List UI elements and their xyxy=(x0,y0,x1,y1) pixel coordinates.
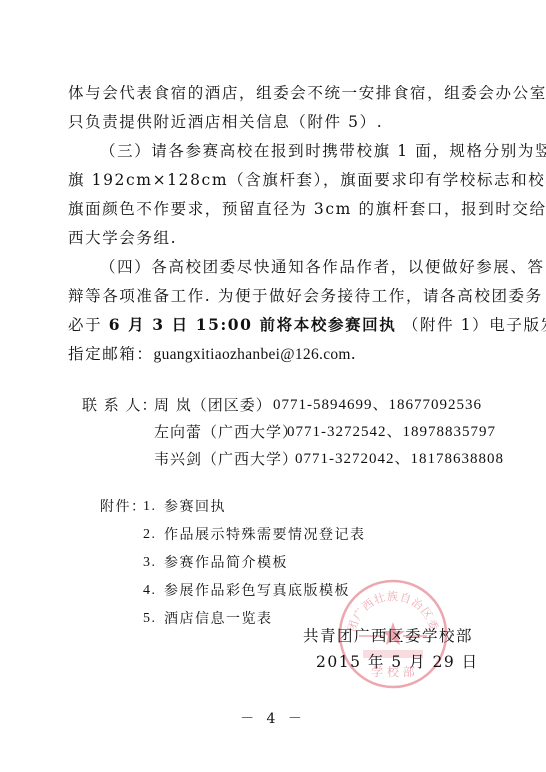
item-4-deadline-line: 必于 6 月 3 日 15:00 前将本校参赛回执 （附件 1）电子版发送至 xyxy=(68,315,546,335)
contact-name: 周 岚（团区委） xyxy=(154,395,272,415)
attachment-title: 参赛回执 xyxy=(164,497,226,517)
item-4-line: 辩等各项准备工作. 为便于做好会务接待工作，请各高校团委务 xyxy=(68,286,543,306)
paragraph-line: 只负责提供附近酒店相关信息（附件 5）. xyxy=(68,112,383,132)
issuing-organization: 共青团广西区委学校部 xyxy=(303,626,473,646)
attachment-title: 酒店信息一览表 xyxy=(164,609,273,629)
attachment-title: 作品展示特殊需要情况登记表 xyxy=(164,525,366,545)
email-label: 指定邮箱： xyxy=(68,345,154,363)
contact-phones: 0771-3272542、18978835797 xyxy=(287,422,496,442)
paragraph-line: 体与会代表食宿的酒店，组委会不统一安排食宿，组委会办公室 xyxy=(68,83,546,103)
item-4-line: （四）各高校团委尽快通知各作品作者，以便做好参展、答 xyxy=(100,257,545,277)
attachment-number: 4. xyxy=(143,581,157,601)
item-3-line: （三）请各参赛高校在报到时携带校旗 1 面，规格分别为竖 xyxy=(100,141,546,161)
contact-phones: 0771-5894699、18677092536 xyxy=(273,395,482,415)
email-address[interactable]: guangxitiaozhanbei@126.com xyxy=(154,346,351,363)
attachment-title: 参赛作品简介模板 xyxy=(164,553,288,573)
attachment-number: 5. xyxy=(143,609,157,629)
contact-label: 联 系 人： xyxy=(82,395,158,415)
document-page: 体与会代表食宿的酒店，组委会不统一安排食宿，组委会办公室 只负责提供附近酒店相关… xyxy=(0,0,546,772)
attachment-title: 参展作品彩色写真底版模板 xyxy=(164,581,350,601)
attachment-number: 3. xyxy=(143,553,157,573)
contact-name: 韦兴剑（广西大学） xyxy=(154,449,298,469)
deadline-bold-text: 6 月 3 日 15:00 前将本校参赛回执 xyxy=(109,315,397,334)
svg-text:共青团广西壮族自治区委员会: 共青团广西壮族自治区委员会 xyxy=(337,578,441,633)
deadline-suffix: （附件 1）电子版发送至 xyxy=(403,316,546,334)
contact-name: 左向蕾（广西大学） xyxy=(154,422,298,442)
contact-phones: 0771-3272042、18178638808 xyxy=(295,449,504,469)
email-line: 指定邮箱：guangxitiaozhanbei@126.com. xyxy=(68,344,357,365)
item-3-line: 旗 192cm×128cm（含旗杆套），旗面要求印有学校标志和校名， xyxy=(68,170,546,190)
attachment-number: 2. xyxy=(143,525,157,545)
attachment-number: 1. xyxy=(143,497,157,517)
email-period: . xyxy=(351,345,358,363)
page-number: － 4 － xyxy=(0,708,546,728)
item-3-line: 西大学会务组. xyxy=(68,228,177,248)
attachments-label: 附件： xyxy=(100,497,147,517)
item-3-line: 旗面颜色不作要求，预留直径为 3cm 的旗杆套口，报到时交给广 xyxy=(68,199,546,219)
issue-date: 2015 年 5 月 29 日 xyxy=(316,652,479,672)
deadline-prefix: 必于 xyxy=(68,316,102,334)
